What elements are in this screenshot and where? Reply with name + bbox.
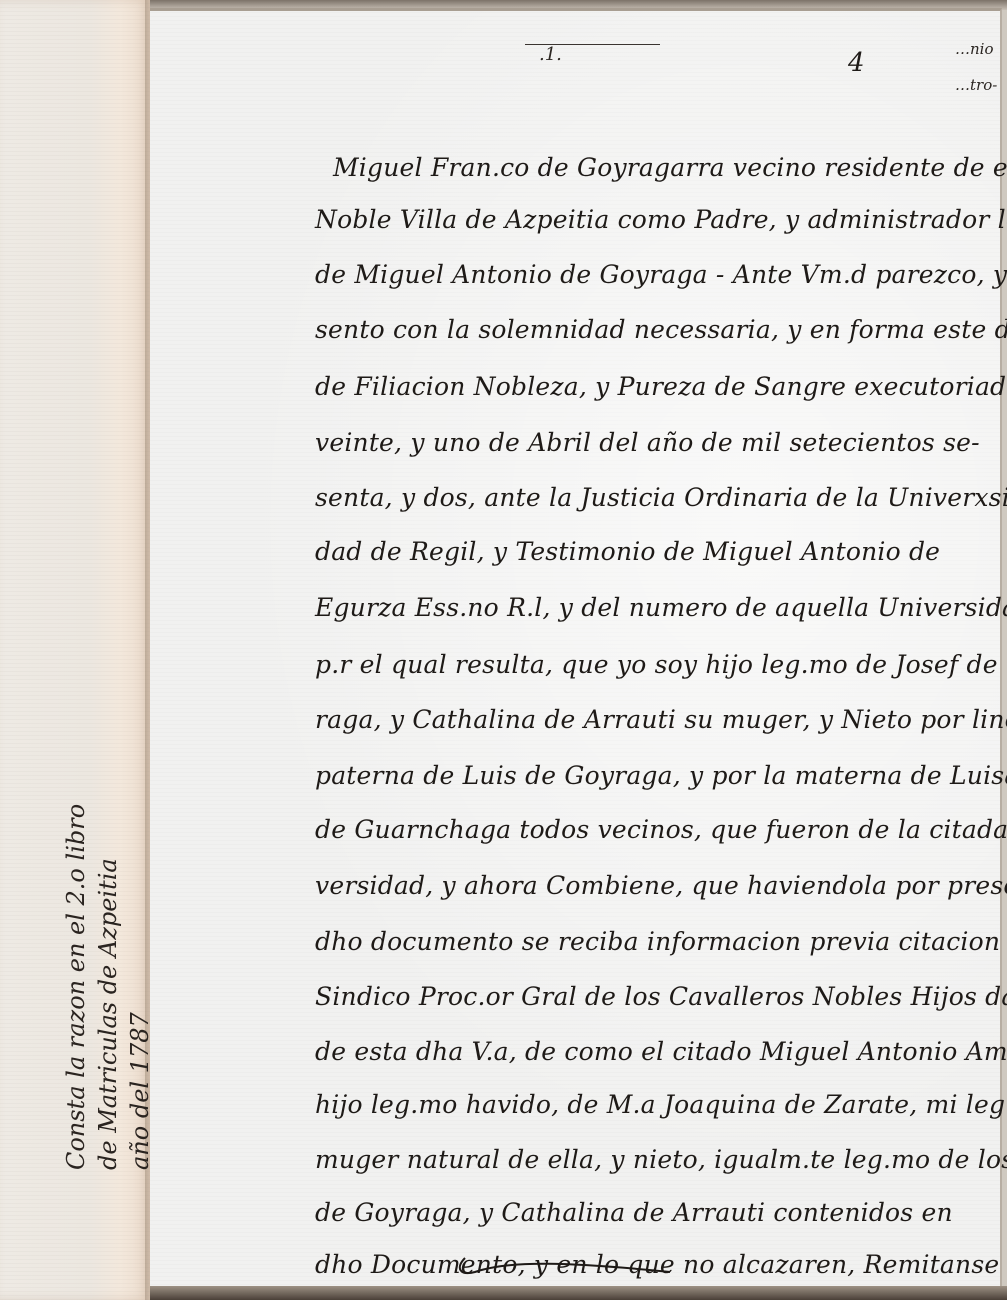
side-annotation-line: Consta la razon en el 2.o libro bbox=[60, 804, 92, 1170]
body-line: veinte, y uno de Abril del año de mil se… bbox=[315, 428, 980, 457]
body-line: senta, y dos, ante la Justicia Ordinaria… bbox=[315, 483, 1007, 512]
body-line: de Goyraga, y Cathalina de Arrauti conte… bbox=[315, 1198, 953, 1227]
body-line: de esta dha V.a, de como el citado Migue… bbox=[315, 1037, 1007, 1066]
body-line: hijo leg.mo havido, de M.a Joaquina de Z… bbox=[315, 1090, 1007, 1119]
body-line: raga, y Cathalina de Arrauti su muger, y… bbox=[315, 705, 1007, 734]
side-annotation-line: año del 1787 bbox=[124, 804, 156, 1170]
closing-flourish bbox=[450, 1250, 680, 1280]
body-line: de Guarnchaga todos vecinos, que fueron … bbox=[315, 815, 1007, 844]
side-annotation-line: de Matriculas de Azpeitia bbox=[92, 804, 124, 1170]
body-line: dho documento se reciba informacion prev… bbox=[315, 927, 1007, 956]
body-line: paterna de Luis de Goyraga, y por la mat… bbox=[315, 761, 1007, 790]
body-line: Sindico Proc.or Gral de los Cavalleros N… bbox=[315, 982, 1007, 1011]
body-line: de Filiacion Nobleza, y Pureza de Sangre… bbox=[315, 372, 1007, 401]
margin-note-2: …tro- bbox=[955, 76, 997, 94]
body-line: Egurza Ess.no R.l, y del numero de aquel… bbox=[315, 593, 1007, 622]
body-line: Noble Villa de Azpeitia como Padre, y ad… bbox=[315, 205, 1007, 234]
body-line: versidad, y ahora Combiene, que haviendo… bbox=[315, 871, 1007, 900]
body-line: sento con la solemnidad necessaria, y en… bbox=[315, 315, 1007, 344]
body-line: dad de Regil, y Testimonio de Miguel Ant… bbox=[315, 537, 940, 566]
body-line: de Miguel Antonio de Goyraga - Ante Vm.d… bbox=[315, 260, 1007, 289]
margin-note-1: …nio bbox=[955, 40, 994, 58]
side-annotation: Consta la razon en el 2.o libro de Matri… bbox=[60, 804, 156, 1170]
page-number: 4 bbox=[848, 48, 865, 78]
folio-label: .1. bbox=[539, 44, 562, 65]
body-line: Miguel Fran.co de Goyragarra vecino resi… bbox=[333, 153, 1007, 182]
body-line: p.r el qual resulta, que yo soy hijo leg… bbox=[315, 650, 1007, 679]
page-bottom-edge bbox=[150, 1286, 1007, 1300]
body-line: muger natural de ella, y nieto, igualm.t… bbox=[315, 1145, 1007, 1174]
